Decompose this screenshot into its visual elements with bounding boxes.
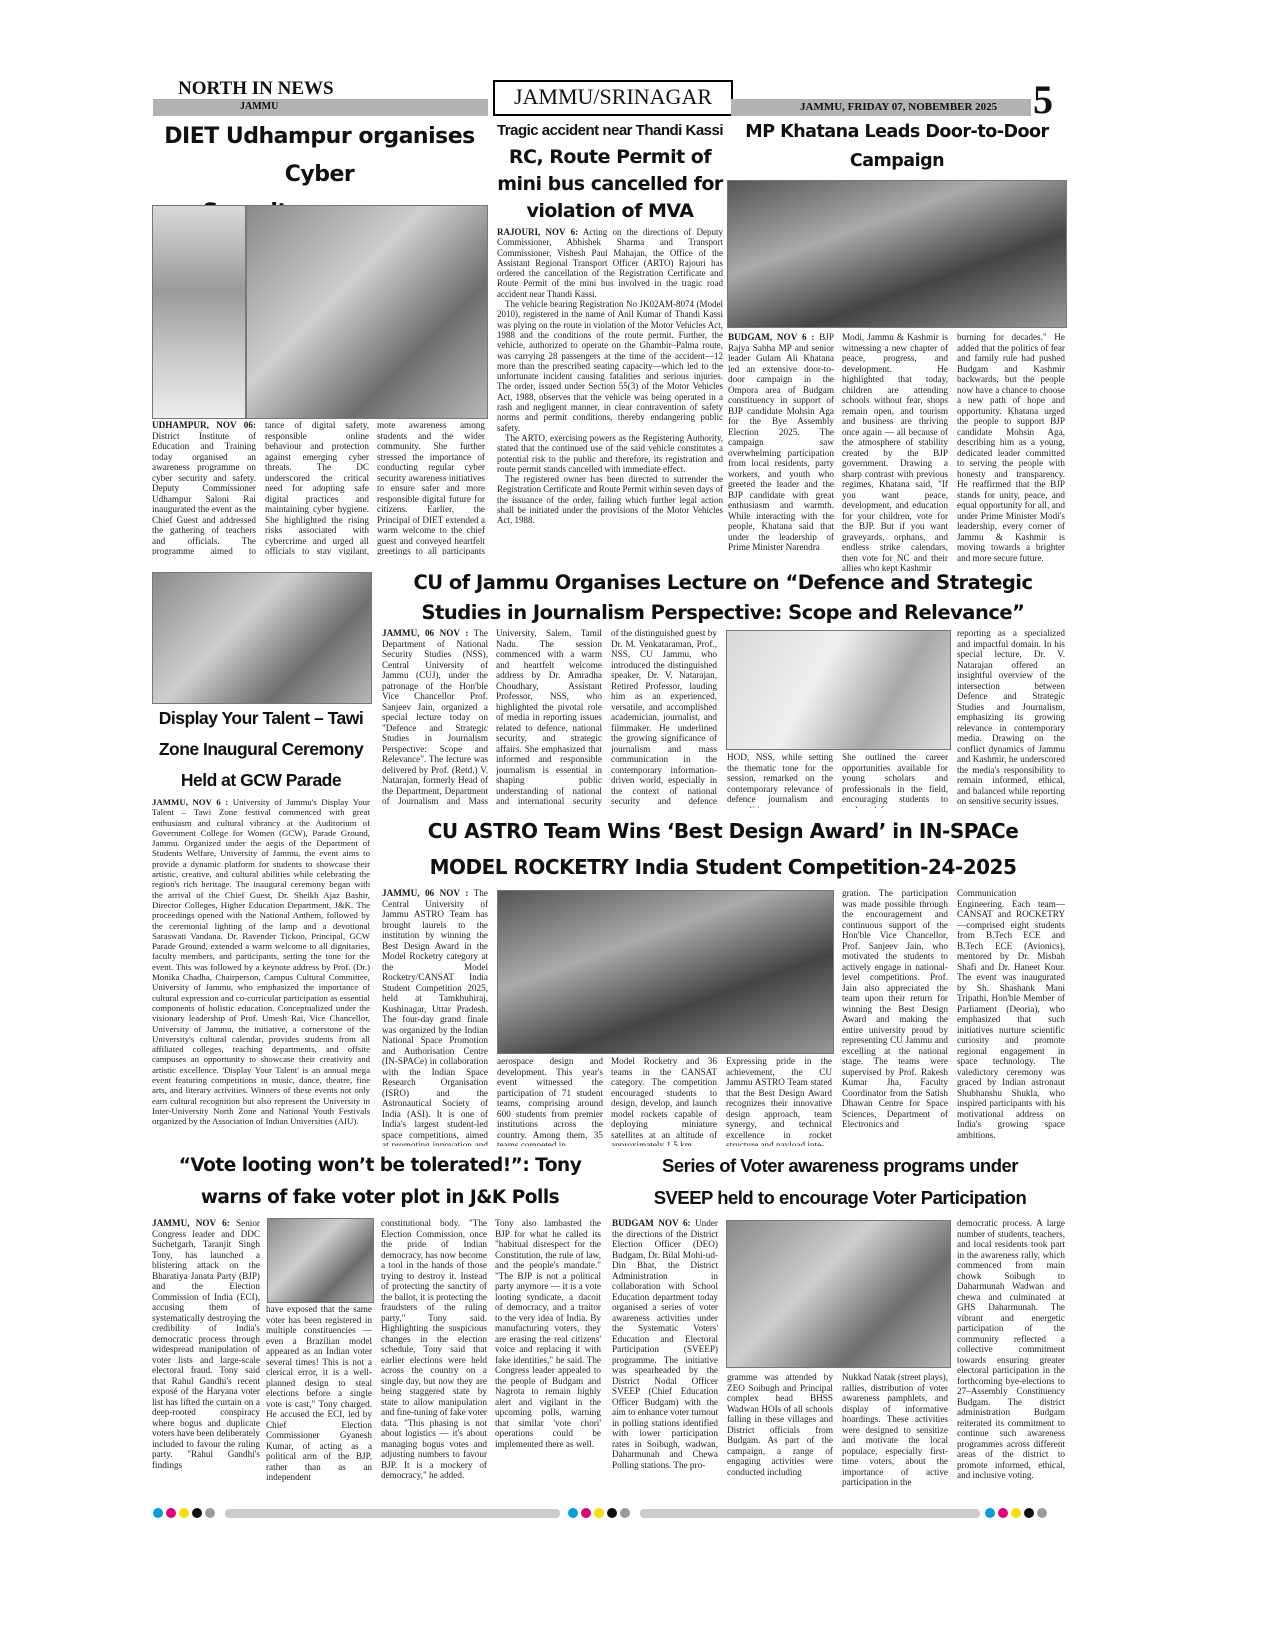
astro-col-2: aerospace design and development. This y… — [497, 1056, 603, 1146]
cuj-lecture-headline-line2: Studies in Journalism Perspective: Scope… — [378, 598, 1068, 628]
bouquet-presentation-photo — [152, 572, 372, 704]
diet-dateline: UDHAMPUR, NOV 06: — [152, 420, 256, 430]
sveep-body-2: gramme was attended by ZEO Soibugh and P… — [727, 1372, 833, 1477]
tony-headline-line1: “Vote looting won’t be tolerated!”: Tony — [150, 1150, 610, 1182]
sveep-dateline: BUDGAM NOV 6: — [612, 1218, 691, 1228]
masthead-left-bar — [153, 99, 488, 116]
diet-col-3: mote awareness among students and the wi… — [377, 420, 485, 555]
yellow-dot-icon — [594, 1508, 604, 1518]
sveep-rally-photo — [726, 1220, 951, 1368]
page-number: 5 — [1033, 76, 1053, 123]
black-dot-icon — [1024, 1508, 1034, 1518]
dateline-header: JAMMU, FRIDAY 07, NOBEMBER 2025 — [800, 101, 997, 113]
cuj-body-3: of the distinguished guest by Dr. M. Ven… — [611, 628, 717, 808]
thandi-para-2: The vehicle bearing Registration No JK02… — [497, 299, 723, 433]
astro-col-6: Communication Engineering. Each team—CAN… — [957, 888, 1065, 1146]
tawi-body: JAMMU, NOV 6 : University of Jammu's Dis… — [152, 797, 370, 1143]
astro-body-1: The Central University of Jammu ASTRO Te… — [382, 888, 488, 1146]
khatana-col-1: BUDGAM, NOV 6 : BJP Rajya Sabha MP and s… — [728, 332, 834, 587]
diet-body-1: District Institute of Education and Trai… — [152, 431, 256, 556]
khatana-body-3: burning for decades." He added that the … — [957, 332, 1065, 563]
thandi-para-4: The registered owner has been directed t… — [497, 474, 723, 525]
astro-body-5: gration. The participation was made poss… — [842, 888, 948, 1129]
sveep-col-4: democratic process. A large number of st… — [957, 1218, 1065, 1488]
astro-headline-line2: MODEL ROCKETRY India Student Competition… — [378, 849, 1068, 885]
khatana-dateline: BUDGAM, NOV 6 : — [728, 332, 814, 342]
sveep-headline: Series of Voter awareness programs under… — [612, 1150, 1068, 1214]
astro-col-1: JAMMU, 06 NOV : The Central University o… — [382, 888, 488, 1146]
magenta-dot-icon — [166, 1508, 176, 1518]
astro-dateline: JAMMU, 06 NOV : — [382, 888, 468, 898]
diet-body-2: tance of digital safety, responsible onl… — [265, 420, 369, 555]
cuj-body-1: The Department of National Security Stud… — [382, 628, 488, 808]
black-dot-icon — [192, 1508, 202, 1518]
diet-col-1: UDHAMPUR, NOV 06: District Institute of … — [152, 420, 256, 555]
tony-col-3: constitutional body. "The Election Commi… — [381, 1218, 487, 1488]
khatana-col-2: Modi, Jammu & Kashmir is witnessing a ne… — [842, 332, 948, 587]
thandi-headline-line3: violation of MVA — [495, 198, 725, 225]
astro-body-2: aerospace design and development. This y… — [497, 1056, 603, 1146]
astro-col-3: Model Rocketry and 36 teams in the CANSA… — [611, 1056, 717, 1146]
footer-color-dots-left — [153, 1508, 215, 1518]
astro-headline-line1: CU ASTRO Team Wins ‘Best Design Award’ i… — [378, 813, 1068, 849]
diet-col-2: tance of digital safety, responsible onl… — [265, 420, 369, 555]
woman-in-pink-portrait-photo — [152, 205, 246, 419]
footer-color-dots-right — [985, 1508, 1047, 1518]
magenta-dot-icon — [581, 1508, 591, 1518]
cuj-body-5: reporting as a specialized and impactful… — [957, 628, 1065, 806]
cuj-body-4b: She outlined the career opportunities av… — [842, 752, 948, 808]
edition-label: JAMMU — [240, 101, 278, 112]
gray-dot-icon — [205, 1508, 215, 1518]
tawi-headline: Display Your Talent – Tawi Zone Inaugura… — [152, 703, 370, 796]
sveep-col-2: gramme was attended by ZEO Soibugh and P… — [727, 1372, 833, 1488]
tony-body-4: Tony also lambasted the BJP for what he … — [495, 1218, 601, 1449]
footer-color-dots-center — [568, 1508, 630, 1518]
magenta-dot-icon — [998, 1508, 1008, 1518]
thandi-para-1: Acting on the directions of Deputy Commi… — [497, 227, 723, 299]
diet-body-3: mote awareness among students and the wi… — [377, 420, 485, 555]
footer-rule-right — [640, 1509, 980, 1518]
cyan-dot-icon — [153, 1508, 163, 1518]
astro-headline: CU ASTRO Team Wins ‘Best Design Award’ i… — [378, 813, 1068, 885]
yellow-dot-icon — [179, 1508, 189, 1518]
thandi-headline: RC, Route Permit of mini bus cancelled f… — [495, 144, 725, 225]
astro-col-4: Expressing pride in the achievement, the… — [726, 1056, 832, 1146]
tony-interview-photo — [267, 1218, 374, 1303]
tawi-dateline: JAMMU, NOV 6 : — [152, 797, 228, 807]
thandi-kicker: Tragic accident near Thandi Kassi — [495, 120, 725, 142]
gray-dot-icon — [1037, 1508, 1047, 1518]
footer-rule-left — [225, 1509, 560, 1518]
sveep-headline-line2: SVEEP held to encourage Voter Participat… — [612, 1182, 1068, 1214]
tony-body-3: constitutional body. "The Election Commi… — [381, 1218, 487, 1480]
thandi-para-3: The ARTO, exercising powers as the Regis… — [497, 433, 723, 474]
tony-headline-line2: warns of fake voter plot in J&K Polls — [150, 1182, 610, 1214]
diet-headline-line1: DIET Udhampur organises Cyber — [152, 118, 487, 194]
tony-col-4: Tony also lambasted the BJP for what he … — [495, 1218, 601, 1488]
tony-headline: “Vote looting won’t be tolerated!”: Tony… — [150, 1150, 610, 1214]
cuj-body-2: University, Salem, Tamil Nadu. The sessi… — [496, 628, 602, 808]
sveep-headline-line1: Series of Voter awareness programs under — [612, 1150, 1068, 1182]
cuj-col-5: reporting as a specialized and impactful… — [957, 628, 1065, 808]
cuj-lecture-headline: CU of Jammu Organises Lecture on “Defenc… — [378, 568, 1068, 628]
officials-seated-at-event-photo — [246, 205, 488, 419]
sveep-col-3: Nukkad Natak (street plays), rallies, di… — [842, 1372, 948, 1488]
cyan-dot-icon — [568, 1508, 578, 1518]
astro-body-6: Communication Engineering. Each team—CAN… — [957, 888, 1065, 1140]
yellow-dot-icon — [1011, 1508, 1021, 1518]
thandi-body: RAJOURI, NOV 6: Acting on the directions… — [497, 227, 723, 585]
thandi-dateline: RAJOURI, NOV 6: — [497, 227, 578, 237]
cuj-col-2: University, Salem, Tamil Nadu. The sessi… — [496, 628, 602, 808]
tony-col-2: have exposed that the same voter has bee… — [266, 1304, 372, 1488]
cuj-body-4a: HOD, NSS, while setting the thematic ton… — [727, 752, 833, 808]
tawi-headline-line3: Held at GCW Parade — [152, 765, 370, 796]
cyan-dot-icon — [985, 1508, 995, 1518]
paper-name: NORTH IN NEWS — [178, 78, 334, 100]
astro-col-5: gration. The participation was made poss… — [842, 888, 948, 1146]
tony-dateline: JAMMU, NOV 6: — [152, 1218, 230, 1228]
tawi-headline-line2: Zone Inaugural Ceremony — [152, 734, 370, 765]
sveep-body-3: Nukkad Natak (street plays), rallies, di… — [842, 1372, 948, 1487]
astro-body-4: Expressing pride in the achievement, the… — [726, 1056, 832, 1146]
tony-col-1: JAMMU, NOV 6: Senior Congress leader and… — [152, 1218, 260, 1488]
cuj-dateline: JAMMU, 06 NOV : — [382, 628, 468, 638]
tony-body-1: Senior Congress leader and DDC Suchetgar… — [152, 1218, 260, 1470]
thandi-headline-line2: mini bus cancelled for — [495, 171, 725, 198]
cuj-lecture-headline-line1: CU of Jammu Organises Lecture on “Defenc… — [378, 568, 1068, 598]
crowd-gathering-photo — [727, 180, 1067, 328]
cuj-col-4a: HOD, NSS, while setting the thematic ton… — [727, 752, 833, 808]
gray-dot-icon — [620, 1508, 630, 1518]
cuj-col-4b: She outlined the career opportunities av… — [842, 752, 948, 808]
sveep-col-1: BUDGAM NOV 6: Under the directions of th… — [612, 1218, 718, 1488]
section-title: JAMMU/SRINAGAR — [493, 80, 733, 116]
sveep-body-4: democratic process. A large number of st… — [957, 1218, 1065, 1480]
khatana-body-2: Modi, Jammu & Kashmir is witnessing a ne… — [842, 332, 948, 573]
khatana-body-1: BJP Rajya Sabha MP and senior leader Gul… — [728, 332, 834, 552]
tawi-body-text: University of Jammu's Display Your Talen… — [152, 797, 370, 1126]
tony-body-2: have exposed that the same voter has bee… — [266, 1304, 372, 1482]
astro-body-3: Model Rocketry and 36 teams in the CANSA… — [611, 1056, 717, 1146]
memento-presentation-photo — [726, 630, 951, 750]
cuj-col-1: JAMMU, 06 NOV : The Department of Nation… — [382, 628, 488, 808]
cuj-col-3: of the distinguished guest by Dr. M. Ven… — [611, 628, 717, 808]
thandi-headline-line1: RC, Route Permit of — [495, 144, 725, 171]
khatana-col-3: burning for decades." He added that the … — [957, 332, 1065, 587]
sveep-body-1: Under the directions of the District Ele… — [612, 1218, 718, 1470]
tawi-headline-line1: Display Your Talent – Tawi — [152, 703, 370, 734]
astro-team-group-photo — [497, 890, 834, 1054]
khatana-headline-line1: MP Khatana Leads Door-to-Door Campaign — [727, 118, 1067, 176]
black-dot-icon — [607, 1508, 617, 1518]
